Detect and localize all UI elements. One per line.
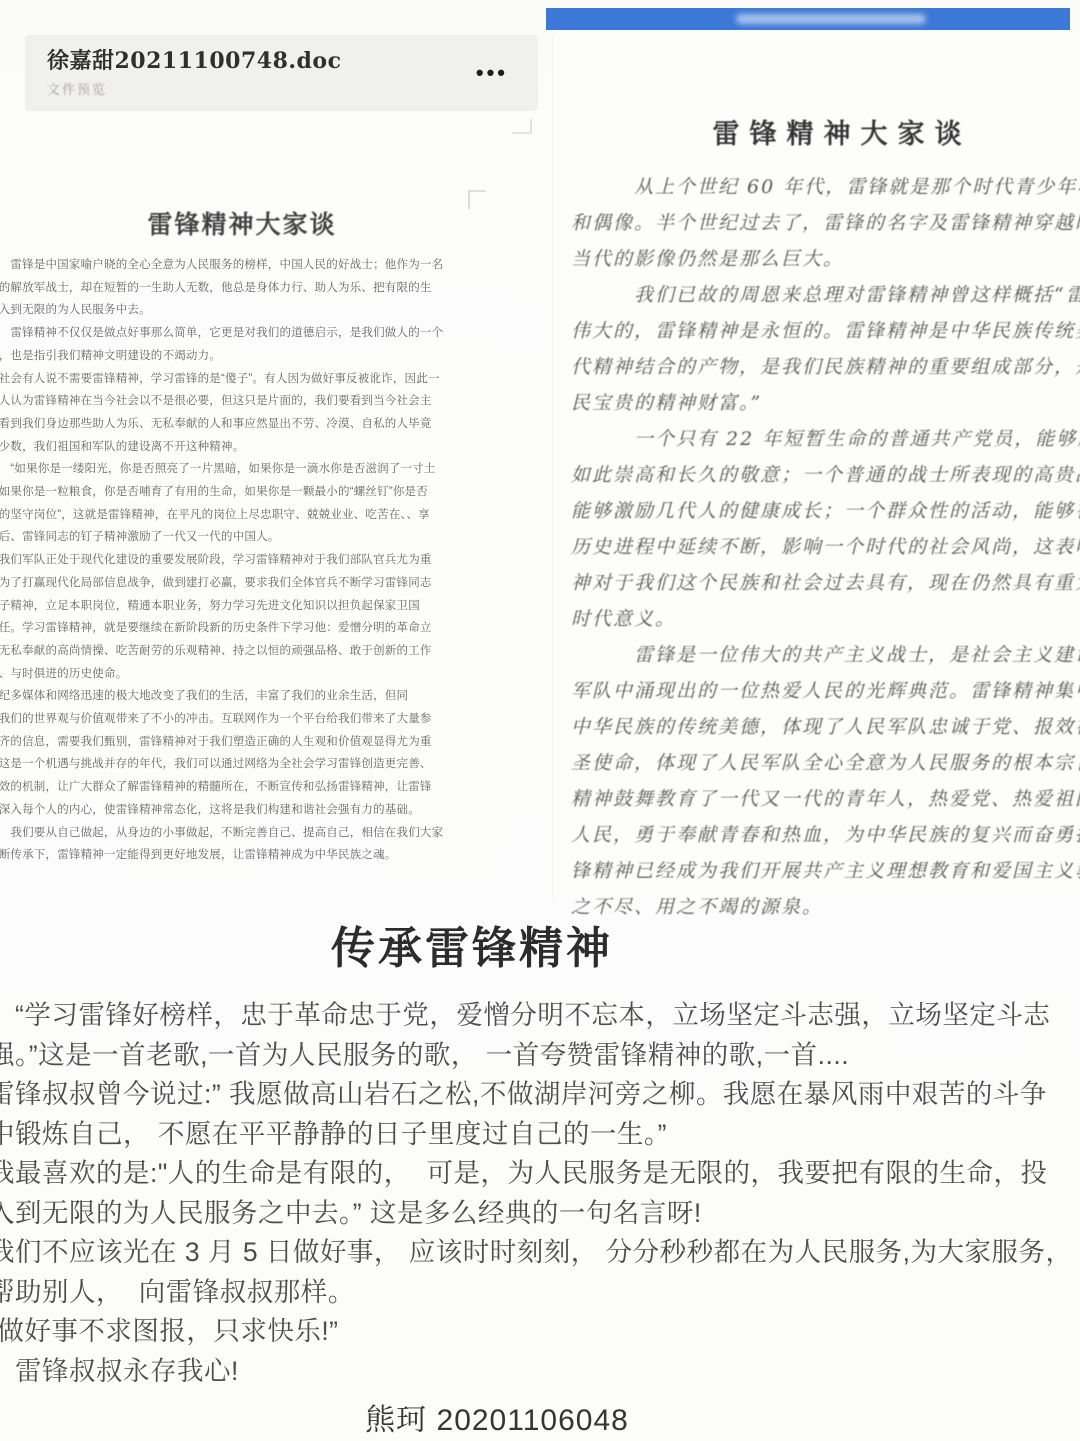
text-line: 圣使命，体现了人民军队全心全意为人民服务的根本宗旨。雷 <box>571 745 1080 781</box>
text-line: 代精神结合的产物，是我们民族精神的重要组成部分，是全体 <box>571 349 1080 385</box>
right-doc-title: 雷锋精神大家谈 <box>603 112 1080 151</box>
text-line: 我们不应该光在 3 月 5 日做好事， 应该时时刻刻， 分分秒秒都在为人民服务,… <box>0 1233 1080 1273</box>
text-line: 长效的机制，让广大群众了解雷锋精神的精髓所在，不断宣传和弘扬雷锋精神，让雷锋 <box>0 776 497 799</box>
text-line: 能够激励几代人的健康成长；一个群众性的活动，能够在几十 <box>571 493 1080 529</box>
bottom-document: 传承雷锋精神 “学习雷锋好榜样，忠于革命忠于党，爱憎分明不忘本，立场坚定斗志强，… <box>0 912 1080 1439</box>
text-line: 从上个世纪 60 年代，雷锋就是那个时代青少年心目中的英 <box>571 169 1080 205</box>
text-line: 时代意义。 <box>571 601 1080 637</box>
screenshot-root: { "file_card": { "filename": "徐嘉甜2021110… <box>0 0 1080 1441</box>
text-line: 如此崇高和长久的敬意；一个普通的战士所表现的高贵品质， <box>571 457 1080 493</box>
text-line: “做好事不求图报，只求快乐!” <box>0 1312 1080 1352</box>
text-line: 神对于我们这个民族和社会过去具有，现在仍然具有重大价值 <box>571 565 1080 601</box>
text-line: 重任。学习雷锋精神，就是要继续在新阶段新的历史条件下学习他：爱憎分明的革命立 <box>0 617 497 640</box>
text-line: 我最喜欢的是:"人的生命是有限的， 可是，为人民服务是无限的，我要把有限的生命，… <box>0 1154 1080 1194</box>
titlebar-blurred-text <box>736 14 926 24</box>
text-line: 度、与时俱进的历史使命。 <box>0 663 497 686</box>
text-line: 锋精神已经成为我们开展共产主义理想教育和爱国主义教育 <box>571 853 1080 889</box>
window-titlebar <box>546 8 1070 30</box>
text-line: ，看到我们身边那些助人为乐、无私奉献的人和事应然显出不劳、冷漠、自私的人毕竟 <box>0 413 497 436</box>
text-line: 通的解放军战士，却在短暂的一生助人无数，他总是身体力行、助人为乐、把有限的生 <box>0 277 497 300</box>
file-name: 徐嘉甜20211100748.doc <box>47 48 342 74</box>
text-line: 、无私奉献的高尚情操、吃苦耐劳的乐观精神、持之以恒的顽强品格、敢于创新的工作 <box>0 640 497 663</box>
text-line: 前我们军队正处于现代化建设的重要发展阶段，学习雷锋精神对于我们部队官兵尤为重 <box>0 549 497 572</box>
text-line: 对我们的世界观与价值观带来了不小的冲击。互联网作为一个平台给我们带来了大量参 <box>0 708 497 731</box>
text-line: 帮助别人， 向雷锋叔叔那样。 <box>0 1273 1080 1313</box>
bottom-doc-title: 传承雷锋精神 <box>0 912 1080 976</box>
right-doc-body: 从上个世纪 60 年代，雷锋就是那个时代青少年心目中的英和偶像。半个世纪过去了，… <box>571 169 1080 925</box>
text-line: 雷锋是中国家喻户晓的全心全意为人民服务的榜样，中国人民的好战士；他作为一名 <box>0 254 497 277</box>
text-line: 雷锋精神不仅仅是做点好事那么简单，它更是对我们的道德启示，是我们做人的一个 <box>0 322 497 345</box>
text-line: 在后、雷锋同志的钉子精神激励了一代又一代的中国人。 <box>0 526 497 549</box>
text-line: 民宝贵的精神财富。” <box>571 385 1080 421</box>
left-doc-body: 雷锋是中国家喻户晓的全心全意为人民服务的榜样，中国人民的好战士；他作为一名通的解… <box>0 254 497 867</box>
bottom-doc-body: “学习雷锋好榜样，忠于革命忠于党，爱憎分明不忘本，立场坚定斗志强，立场坚定斗志强… <box>0 996 1080 1391</box>
file-preview-label: 文件预览 <box>47 79 342 98</box>
text-line: 强。”这是一首老歌,一首为人民服务的歌， 一首夸赞雷锋精神的歌,一首.... <box>0 1036 1080 1076</box>
text-line: 我们已故的周恩来总理对雷锋精神曾这样概括“雷锋精神 <box>571 277 1080 313</box>
text-line: 杆，也是指引我们精神文明建设的不竭动力。 <box>0 345 497 368</box>
text-line: 。这是一个机遇与挑战并存的年代，我们可以通过网络为全社会学习雷锋创造更完善、 <box>0 753 497 776</box>
text-line: ，为了打赢现代化局部信息战争，做到建打必赢，要求我们全体官兵不断学习雷锋同志 <box>0 572 497 595</box>
left-document-page: 雷锋精神大家谈 雷锋是中国家喻户晓的全心全意为人民服务的榜样，中国人民的好战士；… <box>0 205 497 867</box>
page-corner-mark <box>512 119 532 134</box>
right-document-page: 雷锋精神大家谈 从上个世纪 60 年代，雷锋就是那个时代青少年心目中的英和偶像。… <box>552 34 1080 900</box>
text-line: 精神鼓舞教育了一代又一代的青年人，热爱党、热爱祖国、热 <box>571 781 1080 817</box>
text-line: 雷锋叔叔曾今说过:” 我愿做高山岩石之松,不做湖岸河旁之柳。我愿在暴风雨中艰苦的… <box>0 1075 1080 1115</box>
text-line: 不断传承下，雷锋精神一定能得到更好地发展，让雷锋精神成为中华民族之魂。 <box>0 844 497 867</box>
text-line: 人民，勇于奉献青春和热血，为中华民族的复兴而奋勇拼搏。 <box>571 817 1080 853</box>
text-line: ，如果你是一粒粮食，你是否哺育了有用的生命，如果你是一颗最小的“螺丝钉”你是否 <box>0 481 497 504</box>
text-line: 占少数，我们祖国和军队的建设离不开这种精神。 <box>0 436 497 459</box>
more-options-icon[interactable]: ••• <box>476 62 508 84</box>
text-line: 中锻炼自己， 不愿在平平静静的日子里度过自己的一生。” <box>0 1115 1080 1155</box>
text-line: 不齐的信息，需要我们甄别，雷锋精神对于我们塑造正确的人生观和价值观显得尤为重 <box>0 731 497 754</box>
text-line: 一个只有 22 年短暂生命的普通共产党员，能够赢得亿万人 <box>571 421 1080 457</box>
text-line: 入到无限的为人民服务之中去。” 这是多么经典的一句名言呀! <box>0 1194 1080 1234</box>
text-line: 钉子精神，立足本职岗位，精通本职业务，努力学习先进文化知识以担负起保家卫国 <box>0 595 497 618</box>
text-line: 世纪多媒体和网络迅速的极大地改变了我们的生活，丰富了我们的业余生活，但同 <box>0 685 497 708</box>
text-line: 神深入每个人的内心，使雷锋精神常态化，这将是我们构建和谐社会强有力的基础。 <box>0 799 497 822</box>
text-line: 今社会有人说不需要雷锋精神，学习雷锋的是“傻子”。有人因为做好事反被讹诈，因此一 <box>0 368 497 391</box>
text-line: 和偶像。半个世纪过去了，雷锋的名字及雷锋精神穿越时空， <box>571 205 1080 241</box>
text-line: 分人认为雷锋精神在当今社会以不是很必要，但这只是片面的，我们要看到当今社会主 <box>0 390 497 413</box>
text-line: 投入到无限的为人民服务中去。 <box>0 299 497 322</box>
file-preview-card[interactable]: 徐嘉甜20211100748.doc 文件预览 ••• <box>25 35 538 111</box>
text-line: 我们要从自己做起，从身边的小事做起，不断完善自己、提高自己，相信在我们大家 <box>0 822 497 845</box>
text-line: “如果你是一缕阳光，你是否照亮了一片黑暗，如果你是一滴水你是否滋润了一寸土 <box>0 458 497 481</box>
file-info: 徐嘉甜20211100748.doc 文件预览 <box>47 48 342 98</box>
text-line: 当代的影像仍然是那么巨大。 <box>571 241 1080 277</box>
left-doc-title: 雷锋精神大家谈 <box>0 205 497 241</box>
text-line: 军队中涌现出的一位热爱人民的光辉典范。雷锋精神集中体现 <box>571 673 1080 709</box>
text-line: 雷锋叔叔永存我心! <box>0 1352 1080 1392</box>
text-line: 雷锋是一位伟大的共产主义战士，是社会主义建设时期， <box>571 637 1080 673</box>
text-line: 历史进程中延续不断，影响一个时代的社会风尚，这表明雷锋 <box>571 529 1080 565</box>
scanned-preview-canvas: 徐嘉甜20211100748.doc 文件预览 ••• 雷锋精神大家谈 雷锋是中… <box>0 0 1080 1441</box>
text-line: 中华民族的传统美德，体现了人民军队忠诚于党、报效祖国的 <box>571 709 1080 745</box>
text-line: 远的坚守岗位”，这就是雷锋精神，在平凡的岗位上尽忠职守、兢兢业业、吃苦在、、享 <box>0 504 497 527</box>
text-line: 伟大的，雷锋精神是永恒的。雷锋精神是中华民族传统美德与 <box>571 313 1080 349</box>
text-line: “学习雷锋好榜样，忠于革命忠于党，爱憎分明不忘本，立场坚定斗志强，立场坚定斗志 <box>0 996 1080 1036</box>
author-signature: 熊珂 20201106048 <box>0 1395 1080 1439</box>
